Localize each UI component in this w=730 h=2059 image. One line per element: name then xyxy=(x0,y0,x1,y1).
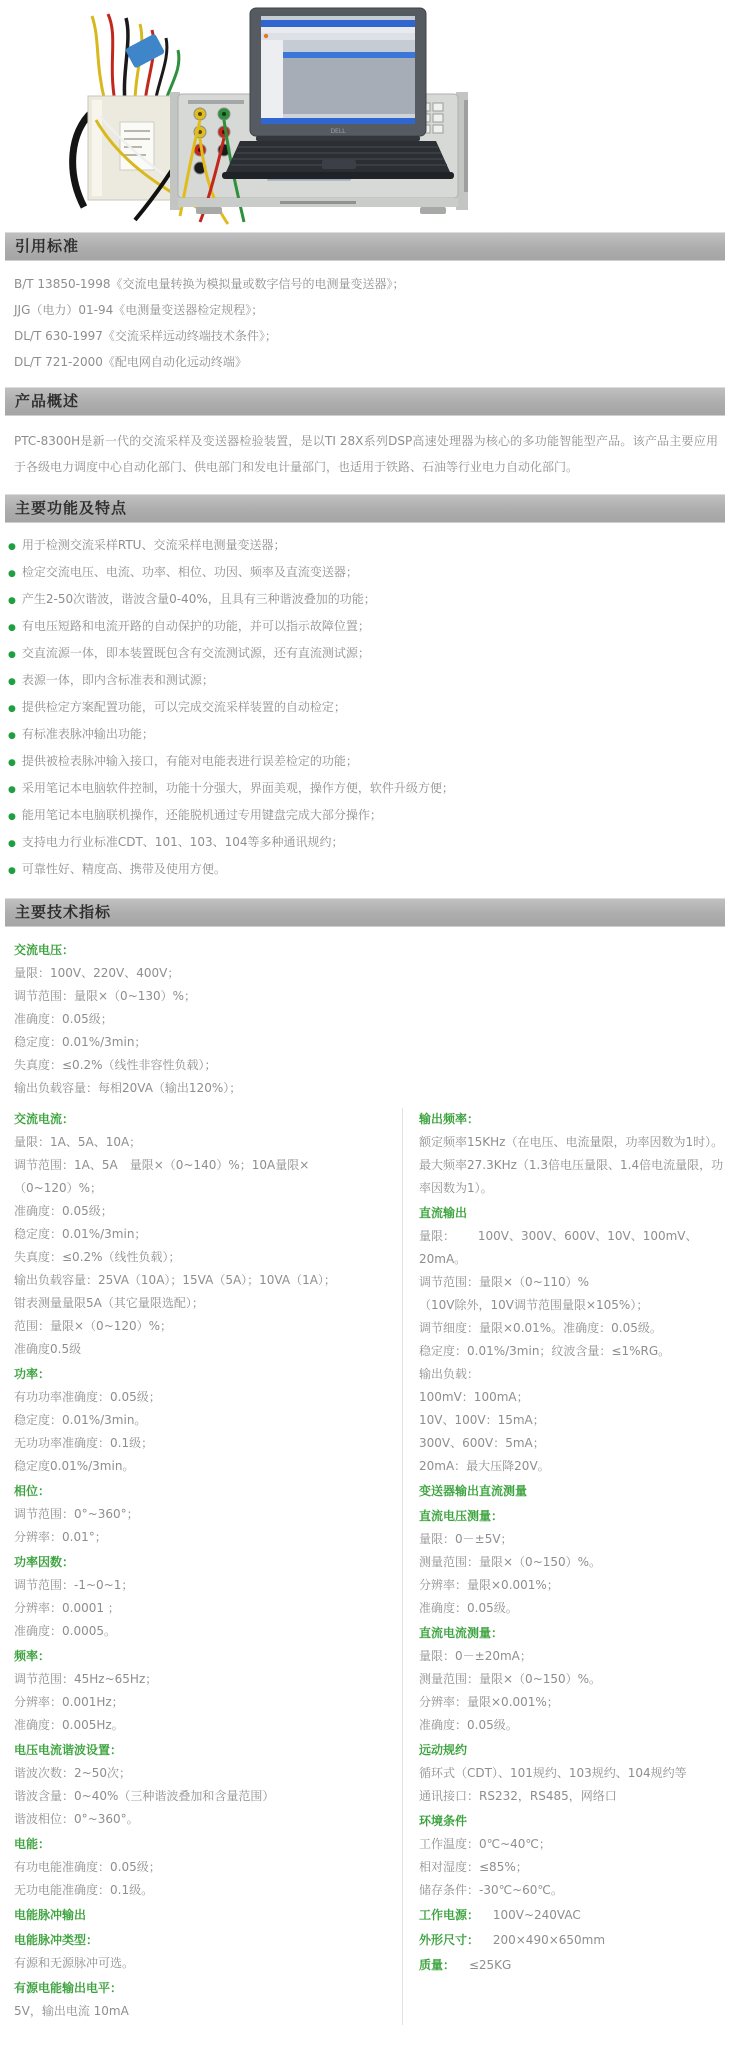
spec-group: 变送器输出直流测量 xyxy=(419,1480,726,1503)
laptop: DELL xyxy=(222,8,454,179)
spec-group-title: 电能脉冲类型： xyxy=(14,1933,98,1947)
spec-line: 稳定度：0.01%/3min； xyxy=(14,1031,720,1054)
spec-group: 质量： ≤25KG xyxy=(419,1954,726,1977)
section-title: 引用标准 xyxy=(5,237,79,255)
spec-line: 准确度：0.05级。 xyxy=(419,1597,726,1620)
bullet-icon: ● xyxy=(8,778,16,803)
spec-line: 稳定度0.01%/3min。 xyxy=(14,1455,394,1478)
spec-group-title: 电能脉冲输出 xyxy=(14,1908,86,1922)
spec-group-title: 电压电流谐波设置： xyxy=(14,1743,122,1757)
spec-lines: 有功电能准确度：0.05级； 无功电能准确度：0.1级。 xyxy=(14,1856,394,1902)
spec-lines: 调节范围：45Hz~65Hz； 分辨率：0.001Hz； 准确度：0.005Hz… xyxy=(14,1668,394,1737)
spec-line: 调节范围：量限×（0~130）%； xyxy=(14,985,720,1008)
spec-line: 稳定度：0.01%/3min； xyxy=(14,1223,394,1246)
section-header-specs: 主要技术指标 xyxy=(5,898,725,927)
spec-group-head: 有源电能输出电平： xyxy=(14,1977,394,2000)
feature-text: 支持电力行业标准CDT、101、103、104等多种通讯规约； xyxy=(22,830,344,855)
spec-line: 钳表测量量限5A（其它量限选配）； xyxy=(14,1292,394,1315)
product-spec-page: DELL 引用标准 B/T 13850-1998《交流电量转换为模拟量或数字信号… xyxy=(0,0,730,2059)
feature-item: ● 提供检定方案配置功能，可以完成交流采样装置的自动检定； xyxy=(8,695,720,722)
specs-columns: 交流电流： 量限：1A、5A、10A； 调节范围：1A、5A 量限×（0~140… xyxy=(0,1106,730,2059)
spec-lines: 量限：0－±20mA； 测量范围：量限×（0~150）%。 分辨率：量限×0.0… xyxy=(419,1645,726,1737)
feature-text: 检定交流电压、电流、功率、相位、功因、频率及直流变送器； xyxy=(22,560,358,585)
spec-line: 测量范围：量限×（0~150）%。 xyxy=(419,1668,726,1691)
feature-item: ● 采用笔记本电脑软件控制，功能十分强大，界面美观，操作方便，软件升级方便； xyxy=(8,776,720,803)
spec-line: 谐波相位：0°~360°。 xyxy=(14,1808,394,1831)
feature-text: 交直流源一体，即本装置既包含有交流测试源，还有直流测试源； xyxy=(22,641,370,666)
spec-line: 工作温度：0℃~40℃； xyxy=(419,1833,726,1856)
feature-text: 提供检定方案配置功能，可以完成交流采样装置的自动检定； xyxy=(22,695,346,720)
bullet-icon: ● xyxy=(8,670,16,695)
feature-text: 有标准表脉冲输出功能； xyxy=(22,722,154,747)
spec-line: 失真度：≤0.2%（线性非容性负载）； xyxy=(14,1054,720,1077)
spec-group-title: 有源电能输出电平： xyxy=(14,1981,122,1995)
feature-item: ● 产生2-50次谐波，谐波含量0-40%，且具有三种谐波叠加的功能； xyxy=(8,587,720,614)
spec-line: （10V除外，10V调节范围量限×105%）； xyxy=(419,1294,726,1317)
spec-line: 谐波次数：2~50次； xyxy=(14,1762,394,1785)
specs-intro: 交流电压： 量限：100V、220V、400V； 调节范围：量限×（0~130）… xyxy=(0,927,730,1106)
overview-paragraph: PTC-8300H是新一代的交流采样及变送器检验装置，是以TI 28X系列DSP… xyxy=(14,428,718,480)
spec-group-head: 功率因数： xyxy=(14,1551,394,1574)
spec-line: 量限：100V、220V、400V； xyxy=(14,962,720,985)
spec-line: 有源和无源脉冲可选。 xyxy=(14,1952,394,1975)
maker-text-line xyxy=(280,201,356,204)
spec-line: 有功功率准确度：0.05级； xyxy=(14,1386,394,1409)
spec-lines: 量限：100V、220V、400V； 调节范围：量限×（0~130）%； 准确度… xyxy=(14,962,720,1100)
spec-inline-value: 100V~240VAC xyxy=(493,1908,581,1922)
spec-group: 频率： 调节范围：45Hz~65Hz； 分辨率：0.001Hz； 准确度：0.0… xyxy=(14,1645,394,1737)
laptop-hinge xyxy=(256,136,420,141)
spec-line: 分辨率：0.0001 ； xyxy=(14,1597,394,1620)
bullet-icon: ● xyxy=(8,697,16,722)
spec-line: 准确度：0.005Hz。 xyxy=(14,1714,394,1737)
spec-group-head: 远动规约 xyxy=(419,1739,726,1762)
features-list: ● 用于检测交流采样RTU、交流采样电测量变送器； ● 检定交流电压、电流、功率… xyxy=(0,523,730,894)
feature-text: 能用笔记本电脑联机操作，还能脱机通过专用键盘完成大部分操作； xyxy=(22,803,382,828)
side-handle xyxy=(464,100,468,192)
spec-line: 循环式（CDT）、101规约、103规约、104规约等 xyxy=(419,1762,726,1785)
spec-inline-value: 200×490×650mm xyxy=(493,1933,605,1947)
spec-group-head: 外形尺寸： 200×490×650mm xyxy=(419,1929,726,1952)
spec-line: 量限：0－±5V； xyxy=(419,1528,726,1551)
spec-group: 相位： 调节范围：0°~360°； 分辨率：0.01°； xyxy=(14,1480,394,1549)
spec-group-title: 功率因数： xyxy=(14,1555,74,1569)
feature-item: ● 用于检测交流采样RTU、交流采样电测量变送器； xyxy=(8,533,720,560)
spec-group-head: 直流输出 xyxy=(419,1202,726,1225)
spec-group-title: 直流电流测量： xyxy=(419,1626,503,1640)
spec-line: 调节范围：45Hz~65Hz； xyxy=(14,1668,394,1691)
spec-group-head: 变送器输出直流测量 xyxy=(419,1480,726,1503)
spec-line: 测量范围：量限×（0~150）%。 xyxy=(419,1551,726,1574)
spec-line: 无功功率准确度：0.1级； xyxy=(14,1432,394,1455)
feature-text: 有电压短路和电流开路的自动保护的功能，并可以指示故障位置； xyxy=(22,614,370,639)
spec-lines: 循环式（CDT）、101规约、103规约、104规约等 通讯接口：RS232，R… xyxy=(419,1762,726,1808)
spec-line: 量限：0－±20mA； xyxy=(419,1645,726,1668)
spec-group-head: 输出频率： xyxy=(419,1108,726,1131)
spec-group: 功率： 有功功率准确度：0.05级； 稳定度：0.01%/3min。 无功功率准… xyxy=(14,1363,394,1478)
spec-line: 通讯接口：RS232，RS485，网络口 xyxy=(419,1785,726,1808)
spec-group-head: 电压电流谐波设置： xyxy=(14,1739,394,1762)
spec-group-head: 交流电流： xyxy=(14,1108,394,1131)
feature-item: ● 交直流源一体，即本装置既包含有交流测试源，还有直流测试源； xyxy=(8,641,720,668)
feature-item: ● 能用笔记本电脑联机操作，还能脱机通过专用键盘完成大部分操作； xyxy=(8,803,720,830)
spec-group-title: 相位： xyxy=(14,1484,50,1498)
bullet-icon: ● xyxy=(8,643,16,668)
spec-line: 调节细度：量限×0.01%。准确度：0.05级。 xyxy=(419,1317,726,1340)
section-header-reference-standards: 引用标准 xyxy=(5,232,725,261)
spec-lines: 量限：1A、5A、10A； 调节范围：1A、5A 量限×（0~140）%；10A… xyxy=(14,1131,394,1361)
spec-group: 电能： 有功电能准确度：0.05级； 无功电能准确度：0.1级。 xyxy=(14,1833,394,1902)
feature-item: ● 可靠性好、精度高、携带及使用方便。 xyxy=(8,857,720,884)
spec-line: 准确度：0.05级； xyxy=(14,1200,394,1223)
panel-title-text xyxy=(188,100,244,104)
spec-lines: 谐波次数：2~50次； 谐波含量：0~40%（三种谐波叠加和含量范围） 谐波相位… xyxy=(14,1762,394,1831)
feature-text: 表源一体，即内含标准表和测试源； xyxy=(22,668,214,693)
spec-group-title: 频率： xyxy=(14,1649,50,1663)
section-title: 产品概述 xyxy=(5,392,79,410)
spec-group: 输出频率： 额定频率15KHz（在电压、电流量限，功率因数为1时）。 最大频率2… xyxy=(419,1108,726,1200)
spec-line: 输出负载容量：25VA（10A）；15VA（5A）；10VA（1A）； xyxy=(14,1269,394,1292)
spec-line: 分辨率：量限×0.001%； xyxy=(419,1574,726,1597)
spec-line: 准确度0.5级 xyxy=(14,1338,394,1361)
foot-right xyxy=(420,207,446,214)
spec-group-title: 直流电压测量： xyxy=(419,1509,503,1523)
spec-line: 稳定度：0.01%/3min；纹波含量：≤1%RG。 xyxy=(419,1340,726,1363)
spec-group: 交流电压： 量限：100V、220V、400V； 调节范围：量限×（0~130）… xyxy=(14,939,720,1100)
blue-connector xyxy=(125,33,165,68)
section-header-overview: 产品概述 xyxy=(5,387,725,416)
spec-group: 远动规约 循环式（CDT）、101规约、103规约、104规约等 通讯接口：RS… xyxy=(419,1739,726,1808)
spec-group-title: 电能： xyxy=(14,1837,50,1851)
spec-group-title: 外形尺寸： xyxy=(419,1933,479,1947)
section-header-features: 主要功能及特点 xyxy=(5,494,725,523)
feature-text: 采用笔记本电脑软件控制，功能十分强大，界面美观，操作方便，软件升级方便； xyxy=(22,776,454,801)
spec-line: 量限： 100V、300V、600V、10V、100mV、20mA。 xyxy=(419,1225,726,1271)
bullet-icon: ● xyxy=(8,535,16,560)
spec-group: 电能脉冲输出 xyxy=(14,1904,394,1927)
spec-line: 10V、100V：15mA； xyxy=(419,1409,726,1432)
bullet-icon: ● xyxy=(8,724,16,749)
spec-group: 功率因数： 调节范围：-1~0~1； 分辨率：0.0001 ； 准确度：0.00… xyxy=(14,1551,394,1643)
spec-group-head: 频率： xyxy=(14,1645,394,1668)
product-photo: DELL xyxy=(0,0,730,228)
spec-line: 调节范围：1A、5A 量限×（0~140）%；10A量限×（0~120）%； xyxy=(14,1154,394,1200)
spec-group: 直流输出 量限： 100V、300V、600V、10V、100mV、20mA。 … xyxy=(419,1202,726,1478)
spec-line: 分辨率：0.01°； xyxy=(14,1526,394,1549)
spec-group-head: 工作电源： 100V~240VAC xyxy=(419,1904,726,1927)
spec-group-head: 交流电压： xyxy=(14,939,720,962)
spec-group-title: 直流输出 xyxy=(419,1206,467,1220)
feature-item: ● 有标准表脉冲输出功能； xyxy=(8,722,720,749)
spec-line: 相对湿度：≤85%； xyxy=(419,1856,726,1879)
spec-group: 直流电流测量： 量限：0－±20mA； 测量范围：量限×（0~150）%。 分辨… xyxy=(419,1622,726,1737)
spec-group: 交流电流： 量限：1A、5A、10A； 调节范围：1A、5A 量限×（0~140… xyxy=(14,1108,394,1361)
spec-group: 电能脉冲类型： 有源和无源脉冲可选。 xyxy=(14,1929,394,1975)
standard-item: B/T 13850-1998《交流电量转换为模拟量或数字信号的电测量变送器》； xyxy=(14,271,720,297)
bullet-icon: ● xyxy=(8,751,16,776)
spec-group: 工作电源： 100V~240VAC xyxy=(419,1904,726,1927)
spec-inline-value: ≤25KG xyxy=(469,1958,512,1972)
spec-line: 失真度：≤0.2%（线性负载）； xyxy=(14,1246,394,1269)
feature-text: 用于检测交流采样RTU、交流采样电测量变送器； xyxy=(22,533,286,558)
standard-item: JJG（电力）01-94《电测量变送器检定规程》； xyxy=(14,297,720,323)
bullet-icon: ● xyxy=(8,589,16,614)
spec-line: 储存条件：-30℃~60℃。 xyxy=(419,1879,726,1902)
spec-line: 最大频率27.3KHz（1.3倍电压量限、1.4倍电流量限，功率因数为1）。 xyxy=(419,1154,726,1200)
feature-item: ● 提供被检表脉冲输入接口，有能对电能表进行误差检定的功能； xyxy=(8,749,720,776)
spec-lines: 工作温度：0℃~40℃； 相对湿度：≤85%； 储存条件：-30℃~60℃。 xyxy=(419,1833,726,1902)
bullet-icon: ● xyxy=(8,832,16,857)
spec-group-head: 直流电流测量： xyxy=(419,1622,726,1645)
spec-lines: 量限：0－±5V； 测量范围：量限×（0~150）%。 分辨率：量限×0.001… xyxy=(419,1528,726,1620)
bullet-icon: ● xyxy=(8,616,16,641)
spec-line: 有功电能准确度：0.05级； xyxy=(14,1856,394,1879)
bullet-icon: ● xyxy=(8,562,16,587)
foot-left xyxy=(196,207,222,214)
spec-line: 分辨率：0.001Hz； xyxy=(14,1691,394,1714)
feature-text: 可靠性好、精度高、携带及使用方便。 xyxy=(22,857,226,882)
spec-line: 谐波含量：0~40%（三种谐波叠加和含量范围） xyxy=(14,1785,394,1808)
spec-line: 额定频率15KHz（在电压、电流量限，功率因数为1时）。 xyxy=(419,1131,726,1154)
spec-group-head: 电能： xyxy=(14,1833,394,1856)
spec-group-title: 功率： xyxy=(14,1367,50,1381)
spec-group: 有源电能输出电平： 5V，输出电流 10mA xyxy=(14,1977,394,2023)
feature-item: ● 支持电力行业标准CDT、101、103、104等多种通讯规约； xyxy=(8,830,720,857)
laptop-logo: DELL xyxy=(330,128,346,135)
spec-line: 调节范围：量限×（0~110）% xyxy=(419,1271,726,1294)
feature-item: ● 表源一体，即内含标准表和测试源； xyxy=(8,668,720,695)
spec-line: 分辨率：量限×0.001%； xyxy=(419,1691,726,1714)
feature-text: 产生2-50次谐波，谐波含量0-40%，且具有三种谐波叠加的功能； xyxy=(22,587,376,612)
spec-lines: 额定频率15KHz（在电压、电流量限，功率因数为1时）。 最大频率27.3KHz… xyxy=(419,1131,726,1200)
spec-line: 准确度：0.05级。 xyxy=(419,1714,726,1737)
spec-line: 稳定度：0.01%/3min。 xyxy=(14,1409,394,1432)
spec-line: 100mV：100mA； xyxy=(419,1386,726,1409)
spec-group-head: 电能脉冲类型： xyxy=(14,1929,394,1952)
spec-line: 准确度：0.0005。 xyxy=(14,1620,394,1643)
standard-item: DL/T 630-1997《交流采样远动终端技术条件》； xyxy=(14,323,720,349)
spec-group-title: 变送器输出直流测量 xyxy=(419,1484,527,1498)
spec-group-title: 工作电源： xyxy=(419,1908,479,1922)
spec-group: 直流电压测量： 量限：0－±5V； 测量范围：量限×（0~150）%。 分辨率：… xyxy=(419,1505,726,1620)
spec-line: 无功电能准确度：0.1级。 xyxy=(14,1879,394,1902)
spec-line: 300V、600V：5mA； xyxy=(419,1432,726,1455)
product-photo-illustration: DELL xyxy=(0,0,730,228)
reference-standards-list: B/T 13850-1998《交流电量转换为模拟量或数字信号的电测量变送器》； … xyxy=(0,261,730,383)
bullet-icon: ● xyxy=(8,859,16,884)
standard-item: DL/T 721-2000《配电网自动化远动终端》 xyxy=(14,349,720,375)
spec-lines: 调节范围：0°~360°； 分辨率：0.01°； xyxy=(14,1503,394,1549)
spec-group: 外形尺寸： 200×490×650mm xyxy=(419,1929,726,1952)
feature-text: 提供被检表脉冲输入接口，有能对电能表进行误差检定的功能； xyxy=(22,749,358,774)
spec-group-head: 电能脉冲输出 xyxy=(14,1904,394,1927)
spec-line: 调节范围：0°~360°； xyxy=(14,1503,394,1526)
spec-line: 20mA：最大压降20V。 xyxy=(419,1455,726,1478)
spec-lines: 量限： 100V、300V、600V、10V、100mV、20mA。 调节范围：… xyxy=(419,1225,726,1478)
spec-lines: 5V，输出电流 10mA xyxy=(14,2000,394,2023)
spec-line: 输出负载容量：每相20VA（输出120%）； xyxy=(14,1077,720,1100)
bullet-icon: ● xyxy=(8,805,16,830)
spec-group: 环境条件 工作温度：0℃~40℃； 相对湿度：≤85%； 储存条件：-30℃~6… xyxy=(419,1810,726,1902)
feature-item: ● 有电压短路和电流开路的自动保护的功能，并可以指示故障位置； xyxy=(8,614,720,641)
spec-lines: 有功功率准确度：0.05级； 稳定度：0.01%/3min。 无功功率准确度：0… xyxy=(14,1386,394,1478)
spec-line: 量限：1A、5A、10A； xyxy=(14,1131,394,1154)
laptop-front-edge xyxy=(222,172,454,179)
spec-group-title: 质量： xyxy=(419,1958,455,1972)
spec-lines: 有源和无源脉冲可选。 xyxy=(14,1952,394,1975)
feature-item: ● 检定交流电压、电流、功率、相位、功因、频率及直流变送器； xyxy=(8,560,720,587)
spec-group-head: 功率： xyxy=(14,1363,394,1386)
spec-line: 调节范围：-1~0~1； xyxy=(14,1574,394,1597)
spec-group: 电压电流谐波设置： 谐波次数：2~50次； 谐波含量：0~40%（三种谐波叠加和… xyxy=(14,1739,394,1831)
spec-group-title: 交流电流： xyxy=(14,1112,74,1126)
spec-group-title: 交流电压： xyxy=(14,943,74,957)
spec-group-head: 相位： xyxy=(14,1480,394,1503)
spec-group-title: 远动规约 xyxy=(419,1743,467,1757)
spec-group-head: 质量： ≤25KG xyxy=(419,1954,726,1977)
specs-right-column: 输出频率： 额定频率15KHz（在电压、电流量限，功率因数为1时）。 最大频率2… xyxy=(403,1108,730,2025)
spec-line: 范围：量限×（0~120）%； xyxy=(14,1315,394,1338)
laptop-touchpad xyxy=(322,160,356,169)
specs-left-column: 交流电流： 量限：1A、5A、10A； 调节范围：1A、5A 量限×（0~140… xyxy=(0,1108,402,2025)
spec-lines: 调节范围：-1~0~1； 分辨率：0.0001 ； 准确度：0.0005。 xyxy=(14,1574,394,1643)
section-title: 主要技术指标 xyxy=(5,903,111,921)
spec-group-title: 环境条件 xyxy=(419,1814,467,1828)
spec-line: 准确度：0.05级； xyxy=(14,1008,720,1031)
section-title: 主要功能及特点 xyxy=(5,499,127,517)
spec-line: 输出负载： xyxy=(419,1363,726,1386)
spec-line: 5V，输出电流 10mA xyxy=(14,2000,394,2023)
spec-group-head: 直流电压测量： xyxy=(419,1505,726,1528)
spec-group-title: 输出频率： xyxy=(419,1112,479,1126)
spec-group-head: 环境条件 xyxy=(419,1810,726,1833)
